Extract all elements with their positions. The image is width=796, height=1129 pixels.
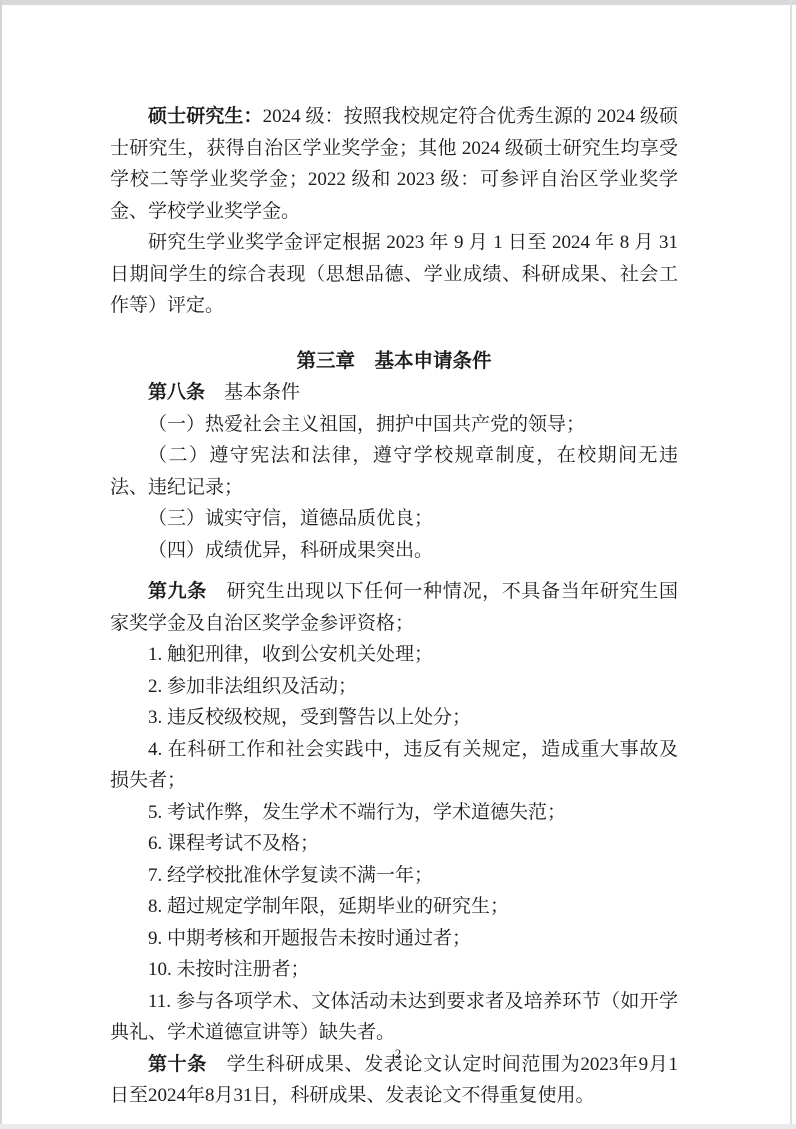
text-run: （四）成绩优异，科研成果突出。	[148, 540, 433, 561]
bold-run-master-label: 硕士研究生：	[148, 106, 263, 127]
list-item-basic-2: （二）遵守宪法和法律，遵守学校规章制度，在校期间无违法、违纪记录；	[110, 440, 678, 503]
list-item-basic-1: （一）热爱社会主义祖国，拥护中国共产党的领导；	[110, 409, 678, 441]
page-edge-right	[790, 0, 792, 1129]
text-run: 研究生学业奖学金评定根据 2023 年 9 月 1 日至 2024 年 8 月 …	[110, 232, 678, 316]
paragraph-article-9: 第九条 研究生出现以下任何一种情况，不具备当年研究生国家奖学金及自治区奖学金参评…	[110, 576, 678, 639]
text-run: 10. 未按时注册者；	[148, 959, 310, 980]
text-run: 基本条件	[205, 382, 300, 403]
list-item-disqualify-11: 11. 参与各项学术、文体活动未达到要求者及培养环节（如开学典礼、学术道德宣讲等…	[110, 986, 678, 1049]
text-run: 1. 触犯刑律，收到公安机关处理；	[148, 644, 433, 665]
list-item-disqualify-5: 5. 考试作弊，发生学术不端行为，学术道德失范；	[110, 797, 678, 829]
text-run: 11. 参与各项学术、文体活动未达到要求者及培养环节（如开学典礼、学术道德宣讲等…	[110, 991, 678, 1044]
text-run: （三）诚实守信，道德品质优良；	[148, 508, 433, 529]
list-item-disqualify-9: 9. 中期考核和开题报告未按时通过者；	[110, 923, 678, 955]
list-item-basic-3: （三）诚实守信，道德品质优良；	[110, 503, 678, 535]
text-run: （二）遵守宪法和法律，遵守学校规章制度，在校期间无违法、违纪记录；	[110, 445, 678, 498]
list-item-disqualify-8: 8. 超过规定学制年限，延期毕业的研究生；	[110, 891, 678, 923]
text-run: 8. 超过规定学制年限，延期毕业的研究生；	[148, 896, 509, 917]
text-run: 7. 经学校批准休学复读不满一年；	[148, 865, 433, 886]
list-item-disqualify-3: 3. 违反校级校规，受到警告以上处分；	[110, 702, 678, 734]
list-item-disqualify-10: 10. 未按时注册者；	[110, 954, 678, 986]
page-edge-left	[0, 0, 2, 1129]
text-run: 6. 课程考试不及格；	[148, 833, 319, 854]
text-run: （一）热爱社会主义祖国，拥护中国共产党的领导；	[148, 414, 585, 435]
text-run: 5. 考试作弊，发生学术不端行为，学术道德失范；	[148, 802, 566, 823]
text-run: 2. 参加非法组织及活动；	[148, 676, 357, 697]
list-item-disqualify-2: 2. 参加非法组织及活动；	[110, 671, 678, 703]
page-edge-bottom	[0, 1124, 796, 1129]
list-item-disqualify-6: 6. 课程考试不及格；	[110, 828, 678, 860]
text-run: 3. 违反校级校规，受到警告以上处分；	[148, 707, 471, 728]
bold-run-article-9-label: 第九条	[148, 581, 207, 602]
paragraph-evaluation-basis: 研究生学业奖学金评定根据 2023 年 9 月 1 日至 2024 年 8 月 …	[110, 227, 678, 322]
bold-run-article-8-label: 第八条	[148, 382, 205, 403]
list-item-basic-4: （四）成绩优异，科研成果突出。	[110, 535, 678, 567]
page-content: 硕士研究生：2024 级：按照我校规定符合优秀生源的 2024 级硕士研究生，获…	[110, 101, 678, 1112]
document-page: { "doc": { "p1": { "label": "硕士研究生：", "t…	[0, 0, 796, 1129]
page-number: 2	[0, 1046, 796, 1062]
chapter-heading: 第三章 基本申请条件	[110, 346, 678, 378]
list-item-disqualify-4: 4. 在科研工作和社会实践中，违反有关规定，造成重大事故及损失者；	[110, 734, 678, 797]
paragraph-article-8: 第八条 基本条件	[110, 377, 678, 409]
paragraph-master-students: 硕士研究生：2024 级：按照我校规定符合优秀生源的 2024 级硕士研究生，获…	[110, 101, 678, 227]
text-run: 9. 中期考核和开题报告未按时通过者；	[148, 928, 471, 949]
page-edge-top	[0, 0, 796, 5]
list-item-disqualify-1: 1. 触犯刑律，收到公安机关处理；	[110, 639, 678, 671]
text-run: 4. 在科研工作和社会实践中，违反有关规定，造成重大事故及损失者；	[110, 739, 678, 792]
list-item-disqualify-7: 7. 经学校批准休学复读不满一年；	[110, 860, 678, 892]
